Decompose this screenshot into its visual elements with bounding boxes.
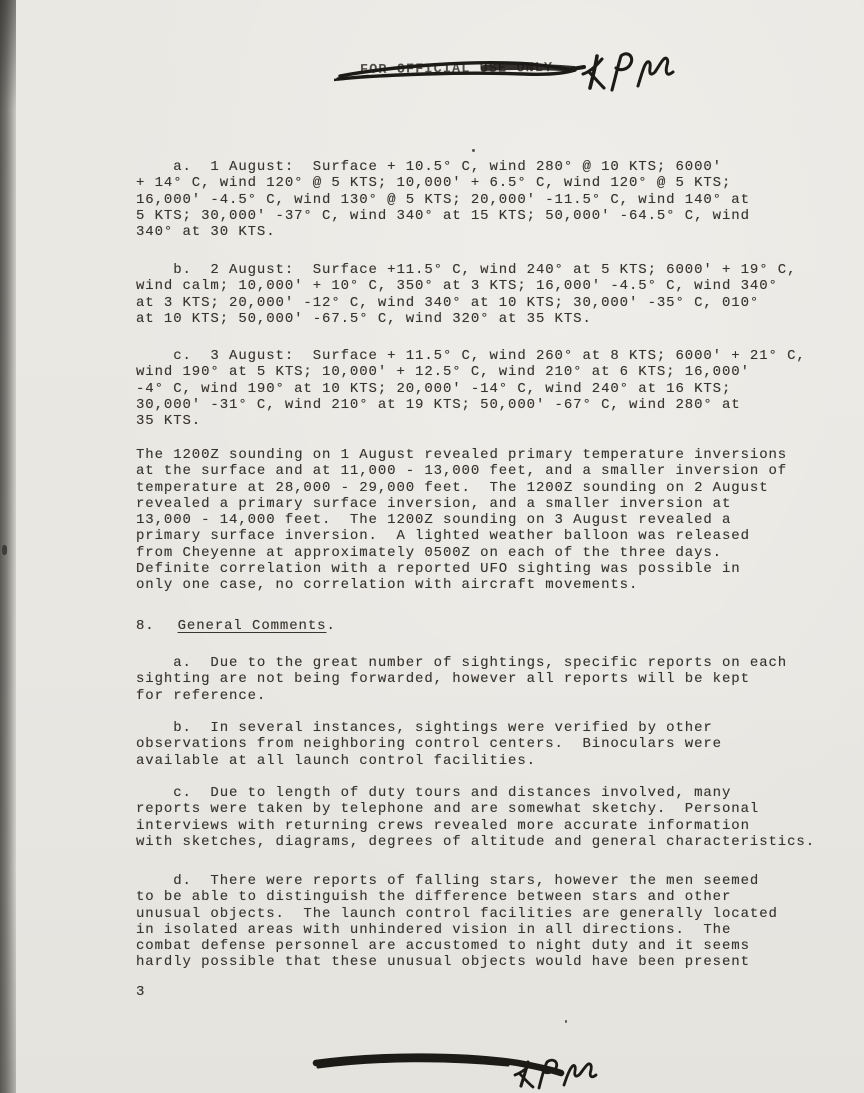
- handwritten-initials-top-icon: [576, 50, 678, 96]
- paragraph-weather-1-august: a. 1 August: Surface + 10.5° C, wind 280…: [136, 159, 750, 240]
- handwritten-initials-bottom-icon: [512, 1058, 606, 1092]
- section-heading-general-comments: 8.General Comments.: [136, 618, 336, 634]
- paragraph-comment-d: d. There were reports of falling stars, …: [136, 873, 778, 971]
- paragraph-comment-c: c. Due to length of duty tours and dista…: [136, 785, 815, 850]
- paragraph-sounding-summary: The 1200Z sounding on 1 August revealed …: [136, 447, 787, 594]
- paper-speck: [472, 149, 475, 152]
- section-title-period: .: [326, 618, 335, 634]
- paragraph-comment-a: a. Due to the great number of sightings,…: [136, 655, 787, 704]
- paper-speck: [2, 545, 7, 555]
- classification-stamp-text: FOR OFFICIAL USE ONLY: [360, 61, 553, 79]
- page-number: 3: [136, 984, 145, 1000]
- paper-speck: [565, 1020, 567, 1023]
- strikeout-line-bottom-icon: [308, 1049, 608, 1091]
- document-page: FOR OFFICIAL USE ONLY a. 1 August: Surfa…: [0, 0, 864, 1093]
- section-title: General Comments: [178, 618, 327, 634]
- section-number: 8.: [136, 618, 155, 634]
- paragraph-weather-2-august: b. 2 August: Surface +11.5° C, wind 240°…: [136, 262, 796, 327]
- paragraph-comment-b: b. In several instances, sightings were …: [136, 720, 722, 769]
- paragraph-weather-3-august: c. 3 August: Surface + 11.5° C, wind 260…: [136, 348, 806, 429]
